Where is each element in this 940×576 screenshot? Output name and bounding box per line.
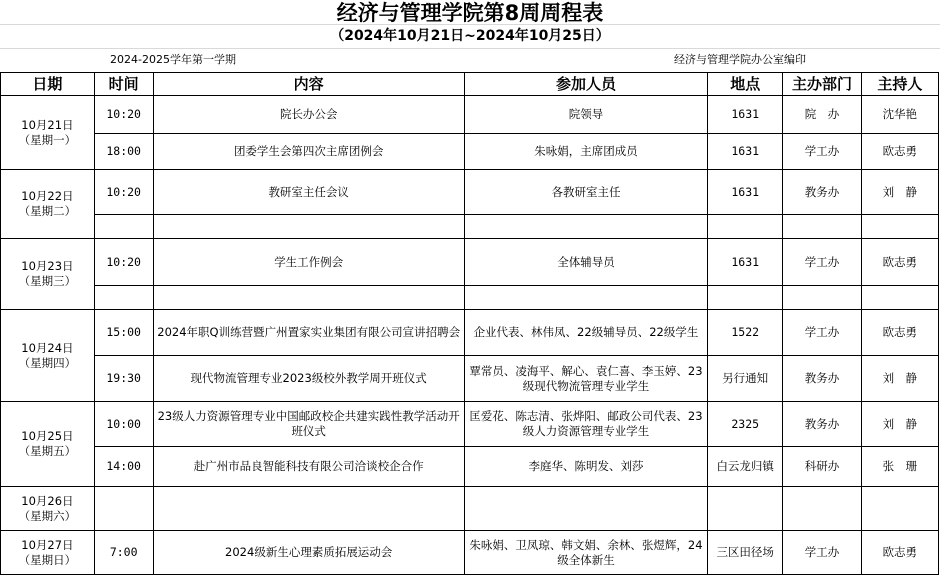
event-location: 1631 (708, 96, 783, 134)
event-organizer: 学工办 (783, 531, 861, 575)
event-participants (464, 286, 707, 310)
event-participants: 匡爱花、陈志清、张烨阳、邮政公司代表、23级人力资源管理专业学生 (464, 402, 707, 447)
weekday-label: （星期四） (3, 356, 92, 371)
event-location: 另行通知 (708, 356, 783, 402)
date-cell: 10月27日（星期日） (1, 531, 95, 575)
event-location: 2325 (708, 402, 783, 447)
event-participants: 朱咏娟、卫凤琼、韩文娟、余林、张煜辉，24级全体新生 (464, 531, 707, 575)
col-header-location: 地点 (708, 73, 783, 96)
event-content: 学生工作例会 (153, 239, 464, 286)
event-host: 欧志勇 (861, 134, 938, 170)
event-content (153, 487, 464, 531)
event-content: 团委学生会第四次主席团例会 (153, 134, 464, 170)
table-row: 14:00赴广州市品良智能科技有限公司洽谈校企合作李庭华、陈明发、刘莎白云龙归镇… (1, 447, 939, 487)
event-host (861, 487, 938, 531)
event-host (861, 215, 938, 239)
event-participants: 李庭华、陈明发、刘莎 (464, 447, 707, 487)
date-cell: 10月26日（星期六） (1, 487, 95, 531)
event-host: 刘 静 (861, 170, 938, 215)
col-header-organizer: 主办部门 (783, 73, 861, 96)
table-row: 10月23日（星期三）10:20学生工作例会全体辅导员1631学工办欧志勇 (1, 239, 939, 286)
date-label: 10月21日 (3, 118, 92, 133)
event-host: 欧志勇 (861, 310, 938, 356)
table-row: 19:30现代物流管理专业2023级校外教学周开班仪式覃常员、凌海平、解心、袁仁… (1, 356, 939, 402)
sheet-gridline (0, 48, 940, 49)
table-row (1, 286, 939, 310)
event-content: 现代物流管理专业2023级校外教学周开班仪式 (153, 356, 464, 402)
event-participants: 各教研室主任 (464, 170, 707, 215)
date-cell: 10月22日（星期二） (1, 170, 95, 239)
date-cell: 10月21日（星期一） (1, 96, 95, 170)
col-header-content: 内容 (153, 73, 464, 96)
event-location: 白云龙归镇 (708, 447, 783, 487)
semester-label: 2024-2025学年第一学期 (110, 51, 236, 69)
event-location: 1522 (708, 310, 783, 356)
event-location (708, 487, 783, 531)
date-label: 10月26日 (3, 494, 92, 509)
event-content: 赴广州市品良智能科技有限公司洽谈校企合作 (153, 447, 464, 487)
page-title: 经济与管理学院第8周周程表 (0, 0, 940, 24)
weekday-label: （星期一） (3, 133, 92, 148)
event-content: 院长办公会 (153, 96, 464, 134)
table-row: 10月27日（星期日）7:002024级新生心理素质拓展运动会朱咏娟、卫凤琼、韩… (1, 531, 939, 575)
event-participants: 覃常员、凌海平、解心、袁仁喜、李玉婷、23级现代物流管理专业学生 (464, 356, 707, 402)
weekday-label: （星期二） (3, 204, 92, 219)
event-time: 15:00 (94, 310, 153, 356)
event-organizer (783, 286, 861, 310)
event-participants: 朱咏娟，主席团成员 (464, 134, 707, 170)
date-cell: 10月25日（星期五） (1, 402, 95, 487)
event-organizer: 学工办 (783, 134, 861, 170)
col-header-participants: 参加人员 (464, 73, 707, 96)
event-organizer: 院 办 (783, 96, 861, 134)
col-header-time: 时间 (94, 73, 153, 96)
weekday-label: （星期六） (3, 509, 92, 524)
table-row: 10月21日（星期一）10:20院长办公会院领导1631院 办沈华艳 (1, 96, 939, 134)
event-content: 2024年职Q训练营暨广州置家实业集团有限公司宣讲招聘会 (153, 310, 464, 356)
date-range: （2024年10月21日~2024年10月25日） (0, 25, 940, 47)
event-host: 张 珊 (861, 447, 938, 487)
date-label: 10月25日 (3, 429, 92, 444)
event-participants: 院领导 (464, 96, 707, 134)
event-host: 欧志勇 (861, 239, 938, 286)
table-row (1, 215, 939, 239)
event-location: 1631 (708, 239, 783, 286)
event-content: 23级人力资源管理专业中国邮政校企共建实践性教学活动开班仪式 (153, 402, 464, 447)
event-time: 7:00 (94, 531, 153, 575)
weekday-label: （星期五） (3, 444, 92, 459)
event-time (94, 286, 153, 310)
date-label: 10月24日 (3, 341, 92, 356)
event-location (708, 286, 783, 310)
event-time: 10:20 (94, 170, 153, 215)
event-location: 1631 (708, 134, 783, 170)
event-content (153, 286, 464, 310)
date-label: 10月23日 (3, 259, 92, 274)
event-content: 2024级新生心理素质拓展运动会 (153, 531, 464, 575)
event-host: 沈华艳 (861, 96, 938, 134)
event-time: 10:20 (94, 96, 153, 134)
date-label: 10月27日 (3, 538, 92, 553)
date-cell: 10月23日（星期三） (1, 239, 95, 310)
table-row: 10月22日（星期二）10:20教研室主任会议各教研室主任1631教务办刘 静 (1, 170, 939, 215)
schedule-table: 日期 时间 内容 参加人员 地点 主办部门 主持人 10月21日（星期一）10:… (0, 72, 939, 575)
event-host (861, 286, 938, 310)
header-row: 日期 时间 内容 参加人员 地点 主办部门 主持人 (1, 73, 939, 96)
event-organizer: 学工办 (783, 310, 861, 356)
event-time: 14:00 (94, 447, 153, 487)
event-time (94, 487, 153, 531)
event-participants: 全体辅导员 (464, 239, 707, 286)
event-organizer: 教务办 (783, 402, 861, 447)
event-time: 18:00 (94, 134, 153, 170)
event-organizer: 学工办 (783, 239, 861, 286)
col-header-host: 主持人 (861, 73, 938, 96)
compiler-label: 经济与管理学院办公室编印 (674, 51, 806, 69)
event-time (94, 215, 153, 239)
event-content: 教研室主任会议 (153, 170, 464, 215)
event-host: 刘 静 (861, 402, 938, 447)
event-organizer: 教务办 (783, 170, 861, 215)
weekday-label: （星期日） (3, 553, 92, 568)
event-participants: 企业代表、林伟凤、22级辅导员、22级学生 (464, 310, 707, 356)
event-time: 19:30 (94, 356, 153, 402)
event-organizer (783, 215, 861, 239)
event-location: 1631 (708, 170, 783, 215)
event-location: 三区田径场 (708, 531, 783, 575)
event-host: 欧志勇 (861, 531, 938, 575)
date-label: 10月22日 (3, 189, 92, 204)
table-row: 10月24日（星期四）15:002024年职Q训练营暨广州置家实业集团有限公司宣… (1, 310, 939, 356)
event-organizer: 教务办 (783, 356, 861, 402)
event-location (708, 215, 783, 239)
event-organizer: 科研办 (783, 447, 861, 487)
event-host: 刘 静 (861, 356, 938, 402)
event-participants (464, 215, 707, 239)
event-time: 10:00 (94, 402, 153, 447)
event-organizer (783, 487, 861, 531)
event-participants (464, 487, 707, 531)
date-cell: 10月24日（星期四） (1, 310, 95, 402)
event-time: 10:20 (94, 239, 153, 286)
col-header-date: 日期 (1, 73, 95, 96)
table-row: 18:00团委学生会第四次主席团例会朱咏娟，主席团成员1631学工办欧志勇 (1, 134, 939, 170)
table-row: 10月26日（星期六） (1, 487, 939, 531)
table-row: 10月25日（星期五）10:0023级人力资源管理专业中国邮政校企共建实践性教学… (1, 402, 939, 447)
weekday-label: （星期三） (3, 274, 92, 289)
event-content (153, 215, 464, 239)
